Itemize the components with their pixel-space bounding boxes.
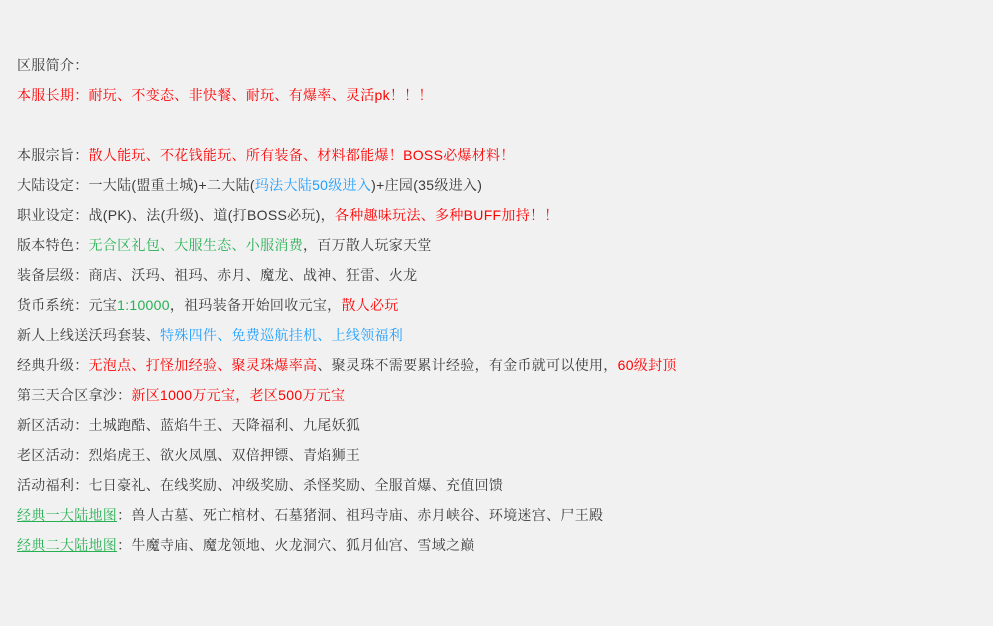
server-purpose-line-seg-0: 本服宗旨：: [17, 147, 89, 163]
server-purpose-line-seg-1: 散人能玩、不花钱能玩、所有装备、材料都能爆！BOSS必爆材料！: [89, 147, 515, 163]
classic-upgrade-line-seg-0: 经典升级：: [17, 357, 89, 373]
continent-setting-line-seg-0: 大陆设定：一大陆(盟重土城)+二大陆(: [17, 177, 255, 193]
section-title-line-seg-0: 区服简介：: [17, 57, 89, 73]
currency-system-line: 货币系统：元宝1:10000，祖玛装备开始回收元宝，散人必玩: [17, 290, 973, 320]
classic-upgrade-line-seg-2: 、聚灵珠不需要累计经验，有金币就可以使用，: [317, 357, 617, 373]
server-longterm-line-seg-0: 本服长期：耐玩、不变态、非快餐、耐玩、有爆率、灵活pk！！！: [17, 87, 433, 103]
currency-system-line-seg-1: 1:10000: [117, 297, 170, 313]
continent-setting-line: 大陆设定：一大陆(盟重土城)+二大陆(玛法大陆50级进入)+庄园(35级进入): [17, 170, 973, 200]
continent1-map-link[interactable]: 经典一大陆地图: [17, 507, 117, 523]
new-zone-activity-line-seg-0: 新区活动：土城跑酷、蓝焰牛王、天降福利、九尾妖狐: [17, 417, 360, 433]
server-intro-panel: 区服简介：本服长期：耐玩、不变态、非快餐、耐玩、有爆率、灵活pk！！！本服宗旨：…: [0, 0, 993, 626]
server-purpose-line: 本服宗旨：散人能玩、不花钱能玩、所有装备、材料都能爆！BOSS必爆材料！: [17, 140, 973, 170]
spacer-line: [17, 110, 973, 140]
map-continent2-line: 经典二大陆地图：牛魔寺庙、魔龙领地、火龙洞穴、狐月仙宫、雪域之巅: [17, 530, 973, 560]
currency-system-line-seg-2: ，祖玛装备开始回收元宝，: [170, 297, 342, 313]
newbie-welfare-line-seg-0: 新人上线送沃玛套装、: [17, 327, 160, 343]
version-feature-line-seg-1: 无合区礼包、大服生态、小服消费: [89, 237, 304, 253]
currency-system-line-seg-3: 散人必玩: [341, 297, 398, 313]
merge-sabak-line-seg-1: 新区1000万元宝，老区500万元宝: [131, 387, 345, 403]
class-setting-line-seg-0: 职业设定：战(PK)、法(升级)、道(打BOSS必玩)，: [17, 207, 335, 223]
old-zone-activity-line: 老区活动：烈焰虎王、欲火凤凰、双倍押镖、青焰狮王: [17, 440, 973, 470]
class-setting-line-seg-1: 各种趣味玩法、多种BUFF加持！！: [335, 207, 559, 223]
map-continent1-line-seg-1: ：兽人古墓、死亡棺材、石墓猪洞、祖玛寺庙、赤月峡谷、环境迷宫、尸王殿: [117, 507, 603, 523]
continent-setting-line-seg-2: )+庄园(35级进入): [371, 177, 482, 193]
classic-upgrade-line-seg-3: 60级封顶: [618, 357, 677, 373]
continent-setting-line-seg-1: 玛法大陆50级进入: [255, 177, 371, 193]
merge-sabak-line-seg-0: 第三天合区拿沙：: [17, 387, 131, 403]
section-title-line: 区服简介：: [17, 50, 973, 80]
classic-upgrade-line-seg-1: 无泡点、打怪加经验、聚灵珠爆率高: [89, 357, 318, 373]
map-continent2-line-seg-1: ：牛魔寺庙、魔龙领地、火龙洞穴、狐月仙宫、雪域之巅: [117, 537, 475, 553]
activity-welfare-line: 活动福利：七日豪礼、在线奖励、冲级奖励、杀怪奖励、全服首爆、充值回馈: [17, 470, 973, 500]
map-continent1-line: 经典一大陆地图：兽人古墓、死亡棺材、石墓猪洞、祖玛寺庙、赤月峡谷、环境迷宫、尸王…: [17, 500, 973, 530]
merge-sabak-line: 第三天合区拿沙：新区1000万元宝，老区500万元宝: [17, 380, 973, 410]
version-feature-line-seg-2: ，百万散人玩家天堂: [303, 237, 432, 253]
continent2-map-link[interactable]: 经典二大陆地图: [17, 537, 117, 553]
currency-system-line-seg-0: 货币系统：元宝: [17, 297, 117, 313]
version-feature-line: 版本特色：无合区礼包、大服生态、小服消费，百万散人玩家天堂: [17, 230, 973, 260]
old-zone-activity-line-seg-0: 老区活动：烈焰虎王、欲火凤凰、双倍押镖、青焰狮王: [17, 447, 360, 463]
classic-upgrade-line: 经典升级：无泡点、打怪加经验、聚灵珠爆率高、聚灵珠不需要累计经验，有金币就可以使…: [17, 350, 973, 380]
version-feature-line-seg-0: 版本特色：: [17, 237, 89, 253]
new-zone-activity-line: 新区活动：土城跑酷、蓝焰牛王、天降福利、九尾妖狐: [17, 410, 973, 440]
equipment-tier-line: 装备层级：商店、沃玛、祖玛、赤月、魔龙、战神、狂雷、火龙: [17, 260, 973, 290]
server-longterm-line: 本服长期：耐玩、不变态、非快餐、耐玩、有爆率、灵活pk！！！: [17, 80, 973, 110]
equipment-tier-line-seg-0: 装备层级：商店、沃玛、祖玛、赤月、魔龙、战神、狂雷、火龙: [17, 267, 417, 283]
class-setting-line: 职业设定：战(PK)、法(升级)、道(打BOSS必玩)，各种趣味玩法、多种BUF…: [17, 200, 973, 230]
newbie-welfare-line: 新人上线送沃玛套装、特殊四件、免费巡航挂机、上线领福利: [17, 320, 973, 350]
activity-welfare-line-seg-0: 活动福利：七日豪礼、在线奖励、冲级奖励、杀怪奖励、全服首爆、充值回馈: [17, 477, 503, 493]
newbie-welfare-line-seg-1: 特殊四件、免费巡航挂机、上线领福利: [160, 327, 403, 343]
